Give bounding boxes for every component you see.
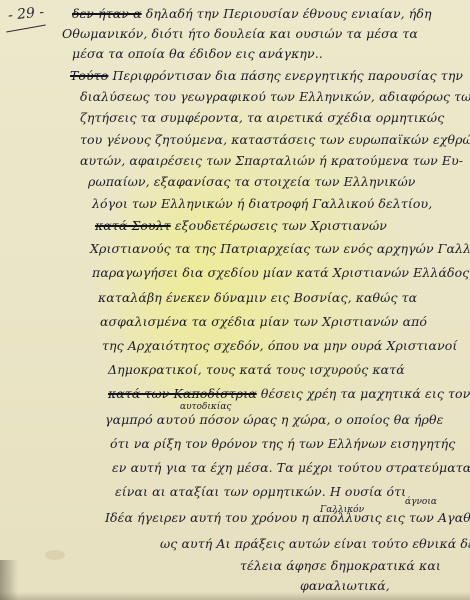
line-text: φαναλιωτικά, bbox=[300, 578, 390, 593]
interlinear-insert: άγνοια bbox=[405, 497, 437, 507]
manuscript-line: Ιδέα ήγειρεν αυτή του χρόνου η απόλλυσις… bbox=[105, 510, 470, 525]
line-text: είναι αι αταξίαι των ορμητικών. Η ουσία … bbox=[115, 484, 406, 499]
manuscript-line: εν αυτή για τα έχη μέσα. Τα μέχρι τούτου… bbox=[112, 460, 470, 475]
manuscript-line: τέλεια άφησε δημοκρατικά και bbox=[240, 558, 441, 573]
manuscript-line: ότι να ρίξη τον θρόνον της ή των Ελλήνων… bbox=[110, 436, 455, 451]
manuscript-line: κατά των Καποδίστρια θέσεις χρέη τα μαχη… bbox=[108, 386, 470, 401]
manuscript-line: ρωπαίων, εξαφανίσας τα στοιχεία των Ελλη… bbox=[88, 174, 415, 189]
manuscript-line: παραγωγήσει δια σχεδίου μίαν κατά Χριστι… bbox=[92, 265, 470, 280]
manuscript-line: είναι αι αταξίαι των ορμητικών. Η ουσία … bbox=[115, 484, 406, 499]
paper-stain bbox=[45, 550, 65, 560]
manuscript-line: Δημοκρατικοί, τους κατά τους ισχυρούς κα… bbox=[108, 362, 405, 377]
line-text: της Αρχαιότητος σχεδόν, όπου να μην ουρά… bbox=[102, 338, 457, 353]
line-text: γαμπρό αυτού πόσον ώρας η χώρα, ο οποίος… bbox=[105, 412, 443, 427]
manuscript-line: λόγοι των Ελληνικών ή διατροφή Γαλλικού … bbox=[92, 196, 432, 211]
line-text: καταλάβη ένεκεν δύναμιν εις Βοσνίας, καθ… bbox=[98, 290, 417, 305]
struck-through-text: Τούτο bbox=[70, 68, 108, 83]
line-text: Οθωμανικόν, διότι ήτο δουλεία και ουσιών… bbox=[62, 26, 418, 41]
line-text: εν αυτή για τα έχη μέσα. Τα μέχρι τούτου… bbox=[112, 460, 470, 475]
manuscript-line: ασφαλισμένα τα σχέδια μίαν των Χριστιανώ… bbox=[100, 314, 427, 329]
manuscript-line: ως αυτή Αι πράξεις αυτών είναι τούτο εθν… bbox=[160, 536, 470, 551]
line-text: Χριστιανούς τα της Πατριαρχείας των ενός… bbox=[90, 241, 470, 256]
line-text: δηλαδή την Περιουσίαν έθνους ενιαίαν, ήδ… bbox=[142, 6, 432, 21]
line-text: ως αυτή Αι πράξεις αυτών είναι τούτο εθν… bbox=[160, 536, 470, 551]
manuscript-line: Οθωμανικόν, διότι ήτο δουλεία και ουσιών… bbox=[62, 26, 418, 41]
page-number-underline bbox=[6, 25, 46, 33]
scan-edge-shadow bbox=[0, 592, 470, 600]
line-text: Ιδέα ήγειρεν αυτή του χρόνου η απόλλυσις… bbox=[105, 510, 470, 525]
line-text: Περιφρόντισαν δια πάσης ενεργητικής παρο… bbox=[108, 68, 463, 83]
line-text: ασφαλισμένα τα σχέδια μίαν των Χριστιανώ… bbox=[100, 314, 427, 329]
manuscript-page: - 29 - δεν ήταν α δηλαδή την Περιουσίαν … bbox=[0, 0, 470, 600]
manuscript-line: διαλύσεως του γεωγραφικού των Ελληνικών,… bbox=[80, 89, 470, 104]
struck-through-text: δεν ήταν α bbox=[72, 6, 142, 21]
manuscript-line: δεν ήταν α δηλαδή την Περιουσίαν έθνους … bbox=[72, 6, 432, 21]
line-text: μέσα τα οποία θα έδιδον εις ανάγκην.. bbox=[72, 46, 323, 61]
line-text: ότι να ρίξη τον θρόνον της ή των Ελλήνων… bbox=[110, 436, 455, 451]
line-text: τέλεια άφησε δημοκρατικά και bbox=[240, 558, 441, 573]
manuscript-line: κατά Σουλτ εξουδετέρωσεις των Χριστιανών bbox=[95, 218, 387, 233]
manuscript-line: αυτών, αφαιρέσεις των Σπαρταλιών ή κρατο… bbox=[80, 153, 463, 168]
manuscript-line: καταλάβη ένεκεν δύναμιν εις Βοσνίας, καθ… bbox=[98, 290, 417, 305]
interlinear-insert: αυτοδικίας bbox=[180, 402, 231, 412]
line-text: του γένους ζητούμενα, καταστάσεις των ευ… bbox=[80, 132, 470, 147]
struck-through-text: κατά Σουλτ bbox=[95, 218, 171, 233]
line-text: αυτών, αφαιρέσεις των Σπαρταλιών ή κρατο… bbox=[80, 153, 463, 168]
interlinear-insert: Γαλλικόν bbox=[320, 505, 364, 515]
line-text: διαλύσεως του γεωγραφικού των Ελληνικών,… bbox=[80, 89, 470, 104]
manuscript-line: μέσα τα οποία θα έδιδον εις ανάγκην.. bbox=[72, 46, 323, 61]
line-text: ρωπαίων, εξαφανίσας τα στοιχεία των Ελλη… bbox=[88, 174, 415, 189]
struck-through-text: κατά των Καποδίστρια bbox=[108, 386, 257, 401]
line-text: θέσεις χρέη τα μαχητικά εις τον bbox=[257, 386, 470, 401]
manuscript-line: Χριστιανούς τα της Πατριαρχείας των ενός… bbox=[90, 241, 470, 256]
manuscript-line: του γένους ζητούμενα, καταστάσεις των ευ… bbox=[80, 132, 470, 147]
page-number: - 29 - bbox=[7, 4, 45, 24]
manuscript-line: της Αρχαιότητος σχεδόν, όπου να μην ουρά… bbox=[102, 338, 457, 353]
scan-corner-shadow bbox=[0, 560, 18, 600]
line-text: εξουδετέρωσεις των Χριστιανών bbox=[171, 218, 387, 233]
line-text: λόγοι των Ελληνικών ή διατροφή Γαλλικού … bbox=[92, 196, 432, 211]
manuscript-line: ζητήσεις τα συμφέροντα, τα αιρετικά σχέδ… bbox=[80, 110, 444, 125]
manuscript-line: φαναλιωτικά, bbox=[300, 578, 390, 593]
line-text: Δημοκρατικοί, τους κατά τους ισχυρούς κα… bbox=[108, 362, 405, 377]
line-text: ζητήσεις τα συμφέροντα, τα αιρετικά σχέδ… bbox=[80, 110, 444, 125]
manuscript-line: γαμπρό αυτού πόσον ώρας η χώρα, ο οποίος… bbox=[105, 412, 443, 427]
line-text: παραγωγήσει δια σχεδίου μίαν κατά Χριστι… bbox=[92, 265, 470, 280]
manuscript-line: Τούτο Περιφρόντισαν δια πάσης ενεργητική… bbox=[70, 68, 463, 83]
